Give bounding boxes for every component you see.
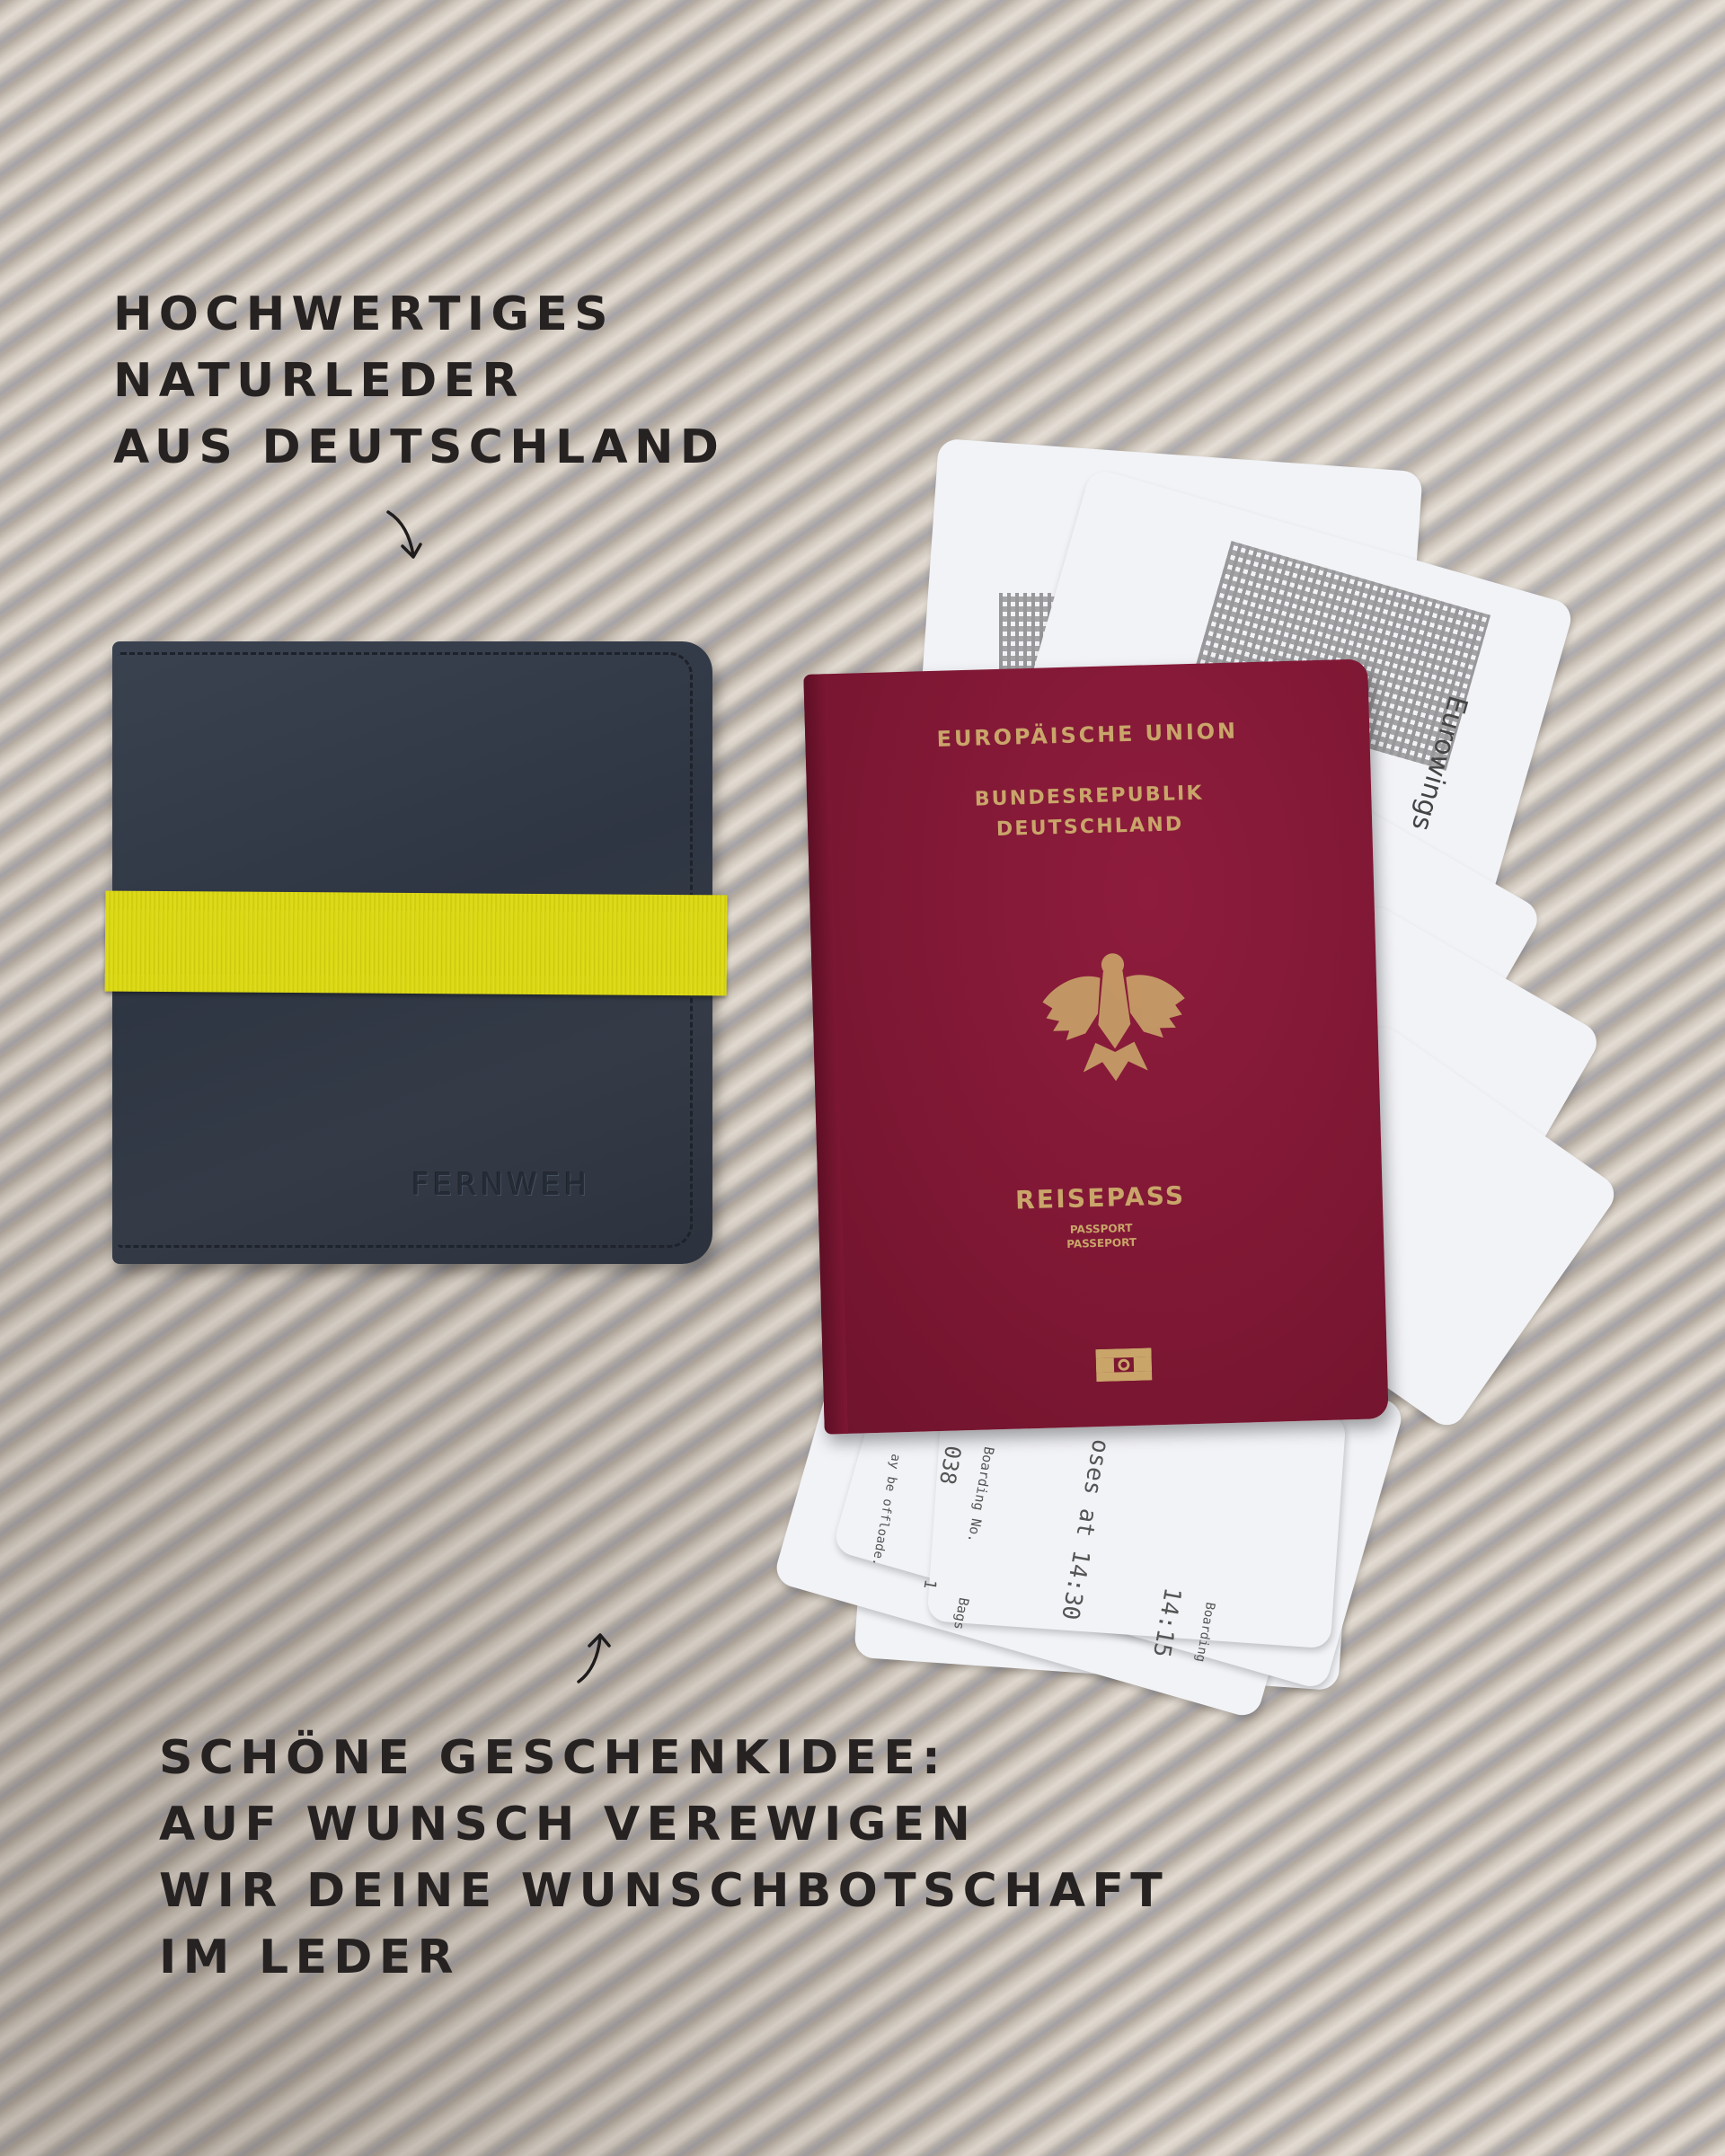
headline-top-line: NATURLEDER	[113, 348, 725, 414]
headline-bottom-line: AUF WUNSCH VEREWIGEN	[159, 1791, 1169, 1858]
german-passport: EUROPÄISCHE UNION BUNDESREPUBLIK DEUTSCH…	[803, 658, 1388, 1434]
passport-subtitles: PASSPORT PASSEPORT	[819, 1214, 1384, 1259]
headline-bottom-line: SCHÖNE GESCHENKIDEE:	[159, 1725, 1169, 1791]
passport-eu-label: EUROPÄISCHE UNION	[805, 714, 1370, 755]
passport-title: REISEPASS	[818, 1175, 1383, 1221]
leather-passport-wallet: FERNWEH	[112, 641, 712, 1264]
elastic-band	[105, 891, 728, 996]
eagle-emblem-icon	[1031, 933, 1198, 1100]
headline-bottom-line: IM LEDER	[159, 1924, 1169, 1991]
passport-country: BUNDESREPUBLIK DEUTSCHLAND	[807, 773, 1373, 851]
wallet-brand-imprint: FERNWEH	[411, 1167, 590, 1203]
arrow-down-icon	[377, 503, 431, 566]
arrow-up-icon	[566, 1624, 620, 1692]
headline-top-line: HOCHWERTIGES	[113, 281, 725, 348]
biometric-chip-icon	[1095, 1347, 1152, 1382]
headline-top: HOCHWERTIGES NATURLEDER AUS DEUTSCHLAND	[113, 281, 725, 481]
headline-top-line: AUS DEUTSCHLAND	[113, 414, 725, 481]
headline-bottom: SCHÖNE GESCHENKIDEE: AUF WUNSCH VEREWIGE…	[159, 1725, 1169, 1991]
headline-bottom-line: WIR DEINE WUNSCHBOTSCHAFT	[159, 1858, 1169, 1924]
